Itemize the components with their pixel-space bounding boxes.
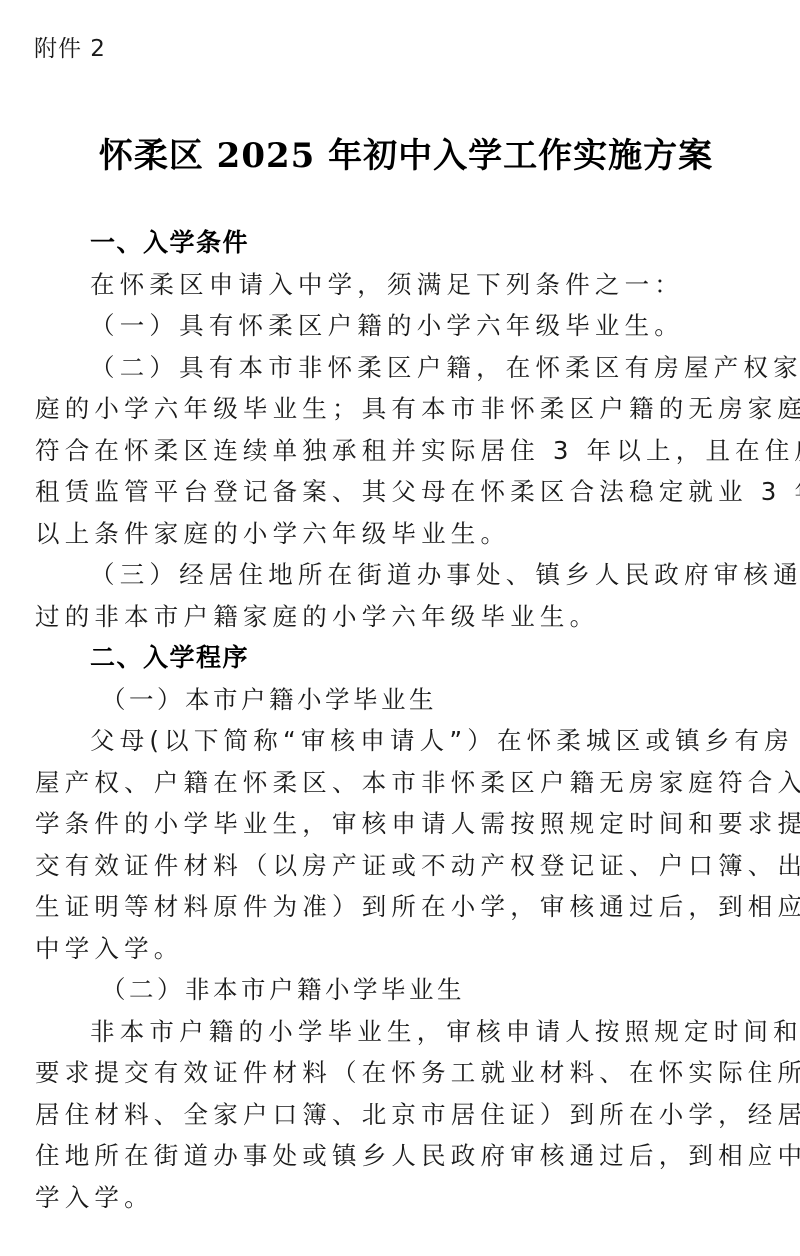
paragraph-line: 父母(以下简称“审核申请人”）在怀柔城区或镇乡有房 <box>35 720 780 762</box>
section-heading-admission-procedure: 二、入学程序 <box>35 637 780 679</box>
paragraph-line: 以上条件家庭的小学六年级毕业生。 <box>35 513 780 555</box>
paragraph-line: 屋产权、户籍在怀柔区、本市非怀柔区户籍无房家庭符合入 <box>35 762 780 804</box>
subsection-heading-nonlocal-hukou: （二）非本市户籍小学毕业生 <box>35 969 780 1011</box>
paragraph-line: 要求提交有效证件材料（在怀务工就业材料、在怀实际住所 <box>35 1052 780 1094</box>
paragraph-line: 在怀柔区申请入中学，须满足下列条件之一： <box>35 264 780 306</box>
paragraph-line: 居住材料、全家户口簿、北京市居住证）到所在小学，经居 <box>35 1094 780 1136</box>
section-heading-admission-conditions: 一、入学条件 <box>35 222 780 264</box>
paragraph-line: （一）具有怀柔区户籍的小学六年级毕业生。 <box>35 305 780 347</box>
paragraph-line: 庭的小学六年级毕业生；具有本市非怀柔区户籍的无房家庭， <box>35 388 780 430</box>
paragraph-line: 租赁监管平台登记备案、其父母在怀柔区合法稳定就业 3 年 <box>35 471 780 513</box>
paragraph-line: 符合在怀柔区连续单独承租并实际居住 3 年以上，且在住房 <box>35 430 780 472</box>
paragraph-line: 住地所在街道办事处或镇乡人民政府审核通过后，到相应中 <box>35 1135 780 1177</box>
paragraph-line: （二）具有本市非怀柔区户籍，在怀柔区有房屋产权家 <box>35 347 780 389</box>
document-title: 怀柔区 2025 年初中入学工作实施方案 <box>0 128 800 177</box>
paragraph-line: 学条件的小学毕业生，审核申请人需按照规定时间和要求提 <box>35 803 780 845</box>
paragraph-line: 过的非本市户籍家庭的小学六年级毕业生。 <box>35 596 780 638</box>
paragraph-line: 学入学。 <box>35 1177 780 1219</box>
document-page: 附件 2 怀柔区 2025 年初中入学工作实施方案 一、入学条件 在怀柔区申请入… <box>0 0 800 1256</box>
paragraph-line: 生证明等材料原件为准）到所在小学，审核通过后，到相应 <box>35 886 780 928</box>
subsection-heading-local-hukou: （一）本市户籍小学毕业生 <box>35 679 780 721</box>
paragraph-line: （三）经居住地所在街道办事处、镇乡人民政府审核通 <box>35 554 780 596</box>
paragraph-line: 非本市户籍的小学毕业生，审核申请人按照规定时间和 <box>35 1011 780 1053</box>
attachment-label: 附件 2 <box>34 30 106 63</box>
document-body: 一、入学条件 在怀柔区申请入中学，须满足下列条件之一： （一）具有怀柔区户籍的小… <box>35 222 780 1218</box>
paragraph-line: 中学入学。 <box>35 928 780 970</box>
paragraph-line: 交有效证件材料（以房产证或不动产权登记证、户口簿、出 <box>35 845 780 887</box>
